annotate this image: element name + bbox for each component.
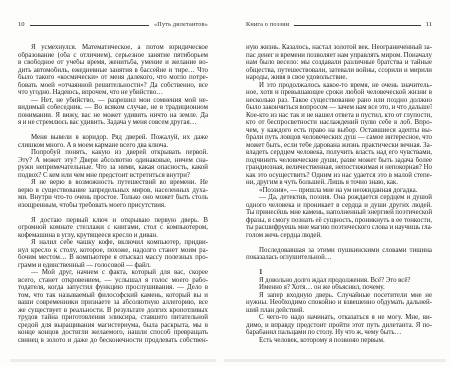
header-rule-left	[30, 25, 149, 26]
page-bottom-edge-right	[224, 359, 446, 362]
section-number: 1	[246, 269, 432, 277]
text-line: чем, у каждого есть право на выбор. Оста…	[246, 127, 432, 135]
text-line: конце концов достигли желаемого, нашли с…	[18, 329, 208, 337]
text-line: ни, другим в чуть большей. Лишь я точно …	[246, 179, 432, 187]
text-line: свинец в золото и даже до бесконечности …	[18, 337, 208, 345]
text-line: И это продолжалось какое-то время, не оч…	[246, 82, 432, 90]
text-line: — Мой друг, начнем с факта, который для …	[18, 269, 208, 277]
text-line: грандиозная, величественная, непостижима…	[246, 164, 432, 172]
text-line: кто от беспросветности наслаждений пулю …	[246, 119, 432, 127]
page-text-right: ную жизнь. Казалось, настал золотой век.…	[246, 44, 432, 344]
text-line: нул кресло к столу, которое, похоже, над…	[18, 247, 208, 255]
text-line: Последовавшая за этими пушкинскими слова…	[246, 247, 432, 255]
text-line: как это осуществить? Одним из нас удаетс…	[246, 172, 432, 180]
paragraph-spacer	[246, 239, 432, 247]
text-line: том, что так называемый философский каме…	[18, 292, 208, 300]
text-line: огромной комнате стеллажи с книгами, сто…	[18, 224, 208, 232]
text-line: грамм и единственный — голосовой — файл.	[18, 262, 208, 270]
text-line: Я достаю первый ключ и открываю первую д…	[18, 217, 208, 225]
text-line: пас денег и времени позволяет нам управл…	[246, 52, 432, 60]
running-title-right: Книга о поэзии	[246, 21, 289, 29]
text-line: Попробуй понять, какую из дверей открыва…	[18, 149, 208, 157]
text-line: подчинить человеческие души, разве может…	[246, 157, 432, 165]
text-line: общества, путешествовали, затевали войны…	[246, 67, 432, 75]
page-number-right: 11	[426, 21, 432, 29]
text-line: Я налил себе чашку кофе, включил компьют…	[18, 239, 208, 247]
text-line: может быть, если тебе дарована жизнь пра…	[246, 142, 432, 150]
page-bottom-edge-left	[10, 359, 216, 362]
text-line: — Да, детектив, поэзия. Она рождается се…	[246, 194, 432, 202]
text-line: «Поэзия», — пришла мне на ум неожиданная…	[246, 187, 432, 195]
text-line: слишком много. А в моем кармане всего дв…	[18, 142, 208, 150]
text-line: Кое-кто из нас так и не нашел ответа и п…	[246, 112, 432, 120]
text-line: ваши современники признаете за абсолютну…	[18, 299, 208, 307]
text-line: — Нет, не убийство, — разрешил мои сомне…	[18, 97, 208, 105]
text-line: понимании. Я вижу, вас не может удивить …	[18, 112, 208, 120]
text-line: димо, и вправду предстоит пройти этот пу…	[246, 322, 432, 330]
text-line: же существует в реальности. В результате…	[18, 307, 208, 315]
text-line: показалась оглушительной…	[246, 254, 432, 262]
running-head-right: Книга о поэзии 11	[246, 21, 432, 29]
book-spread: 10 «Путь дилетантов» Я усмехнулся. Матем…	[0, 0, 450, 366]
text-line: С чего-то надо начинать, отказаться я не…	[246, 314, 432, 322]
page-number-left: 10	[18, 21, 25, 29]
text-line: ты расшифруешь мне магию поэтического сл…	[246, 224, 432, 232]
text-line: ную жизнь. Казалось, настал золотой век.…	[246, 44, 432, 52]
text-line: Именно я? Хотя… он же объяснил, почему.	[246, 284, 432, 292]
text-line: было такого «космически» от меня далеког…	[18, 74, 208, 82]
text-line: Я не верю в возможность путешествий во в…	[18, 179, 208, 187]
text-line: видимый собеседник. — Во всяком случае, …	[18, 104, 208, 112]
text-line: одного человека и проникает в сердца и д…	[246, 202, 432, 210]
text-line: Я усмехнулся. Математическое, а потом юр…	[18, 44, 208, 52]
text-line: ший план действий.	[246, 307, 432, 315]
text-line: бовать моей «отчаянной решительности»? Д…	[18, 82, 208, 90]
text-line: нам было весело: мы создавали различные …	[246, 59, 432, 67]
text-line: было закончиться вопросом — зачем нам вс…	[246, 104, 432, 112]
running-head-left: 10 «Путь дилетантов»	[18, 21, 208, 29]
text-line: Есть человек, которому я позвоню первым.	[246, 337, 432, 345]
text-line: я и не стремлюсь вас удивить. Задача у м…	[18, 119, 208, 127]
text-line: трудов тайна приготовления эликсира, ста…	[18, 314, 208, 322]
page-text-left: Я усмехнулся. Математическое, а потом юр…	[18, 44, 208, 344]
text-line: бочим местом… В компьютере я отыскал мас…	[18, 254, 208, 262]
text-line: Ты принесёшь мне камень, наполненный эне…	[246, 209, 432, 217]
text-line: Я довольно долго ждал продолжения. Всё? …	[246, 277, 432, 285]
header-rule-right	[294, 25, 420, 26]
page-right: Книга о поэзии 11 ную жизнь. Казалось, н…	[246, 0, 432, 366]
text-line: верю в существование запредельных миров,…	[18, 187, 208, 195]
text-line: владеть сердцем человека, получить власт…	[246, 149, 432, 157]
text-line: несколько раз. Такое существование рано …	[246, 97, 432, 105]
running-title-left: «Путь дилетантов»	[154, 21, 208, 29]
page-left: 10 «Путь дилетантов» Я усмехнулся. Матем…	[18, 0, 208, 366]
text-line: образование (оба с отличием), серьезное …	[18, 52, 208, 60]
text-line: ми. Внутри что-то очень простое. Только …	[18, 194, 208, 202]
paragraph-spacer	[18, 209, 208, 217]
text-line: подвох? С кем или чем мне предстоит встр…	[18, 172, 208, 180]
text-line: что угодно. Надеюсь, впрочем, что не уби…	[18, 89, 208, 97]
paragraph-spacer	[18, 127, 208, 135]
text-line: ное, хотя и превышающее сроки любой чело…	[246, 89, 432, 97]
text-line: Меня вывели в коридор. Ряд дверей. Пожал…	[18, 134, 208, 142]
text-line: тодателя, когда запустил функцию прослуш…	[18, 284, 208, 292]
text-line: брали путь ловцов человеческих душ — сам…	[246, 134, 432, 142]
text-line: фразы, я смогу познать её сущность, прон…	[246, 217, 432, 225]
text-line: дить автомобиль, ежедневные занятия в ба…	[18, 67, 208, 75]
text-line: голом жечь сердца людей.	[246, 232, 432, 240]
text-line: народы, живя в свое удовольствие.	[246, 74, 432, 82]
text-line: нужны. Необходимо спокойно и взвешенно о…	[246, 299, 432, 307]
text-line: ружи непримечательные. Что за ними, кака…	[18, 164, 208, 172]
text-line: всего, станет откровением, — услышал я г…	[18, 277, 208, 285]
text-line: Эту? А может эту? Двери абсолютно одинак…	[18, 157, 208, 165]
text-line: барабанил пальцами по столу. Ну что ж, ч…	[246, 329, 432, 337]
paragraph-spacer	[246, 262, 432, 270]
text-line: средой для выращивания магистериума, был…	[18, 322, 208, 330]
text-line: изощренным, чтобы требовать моего присут…	[18, 202, 208, 210]
text-line: кофемашина в углу, крутящееся кресло и д…	[18, 232, 208, 240]
text-line: в свободное от учебы время, женитьба, ум…	[18, 59, 208, 67]
text-line: Я запер входную дверь. Случайные посетит…	[246, 292, 432, 300]
